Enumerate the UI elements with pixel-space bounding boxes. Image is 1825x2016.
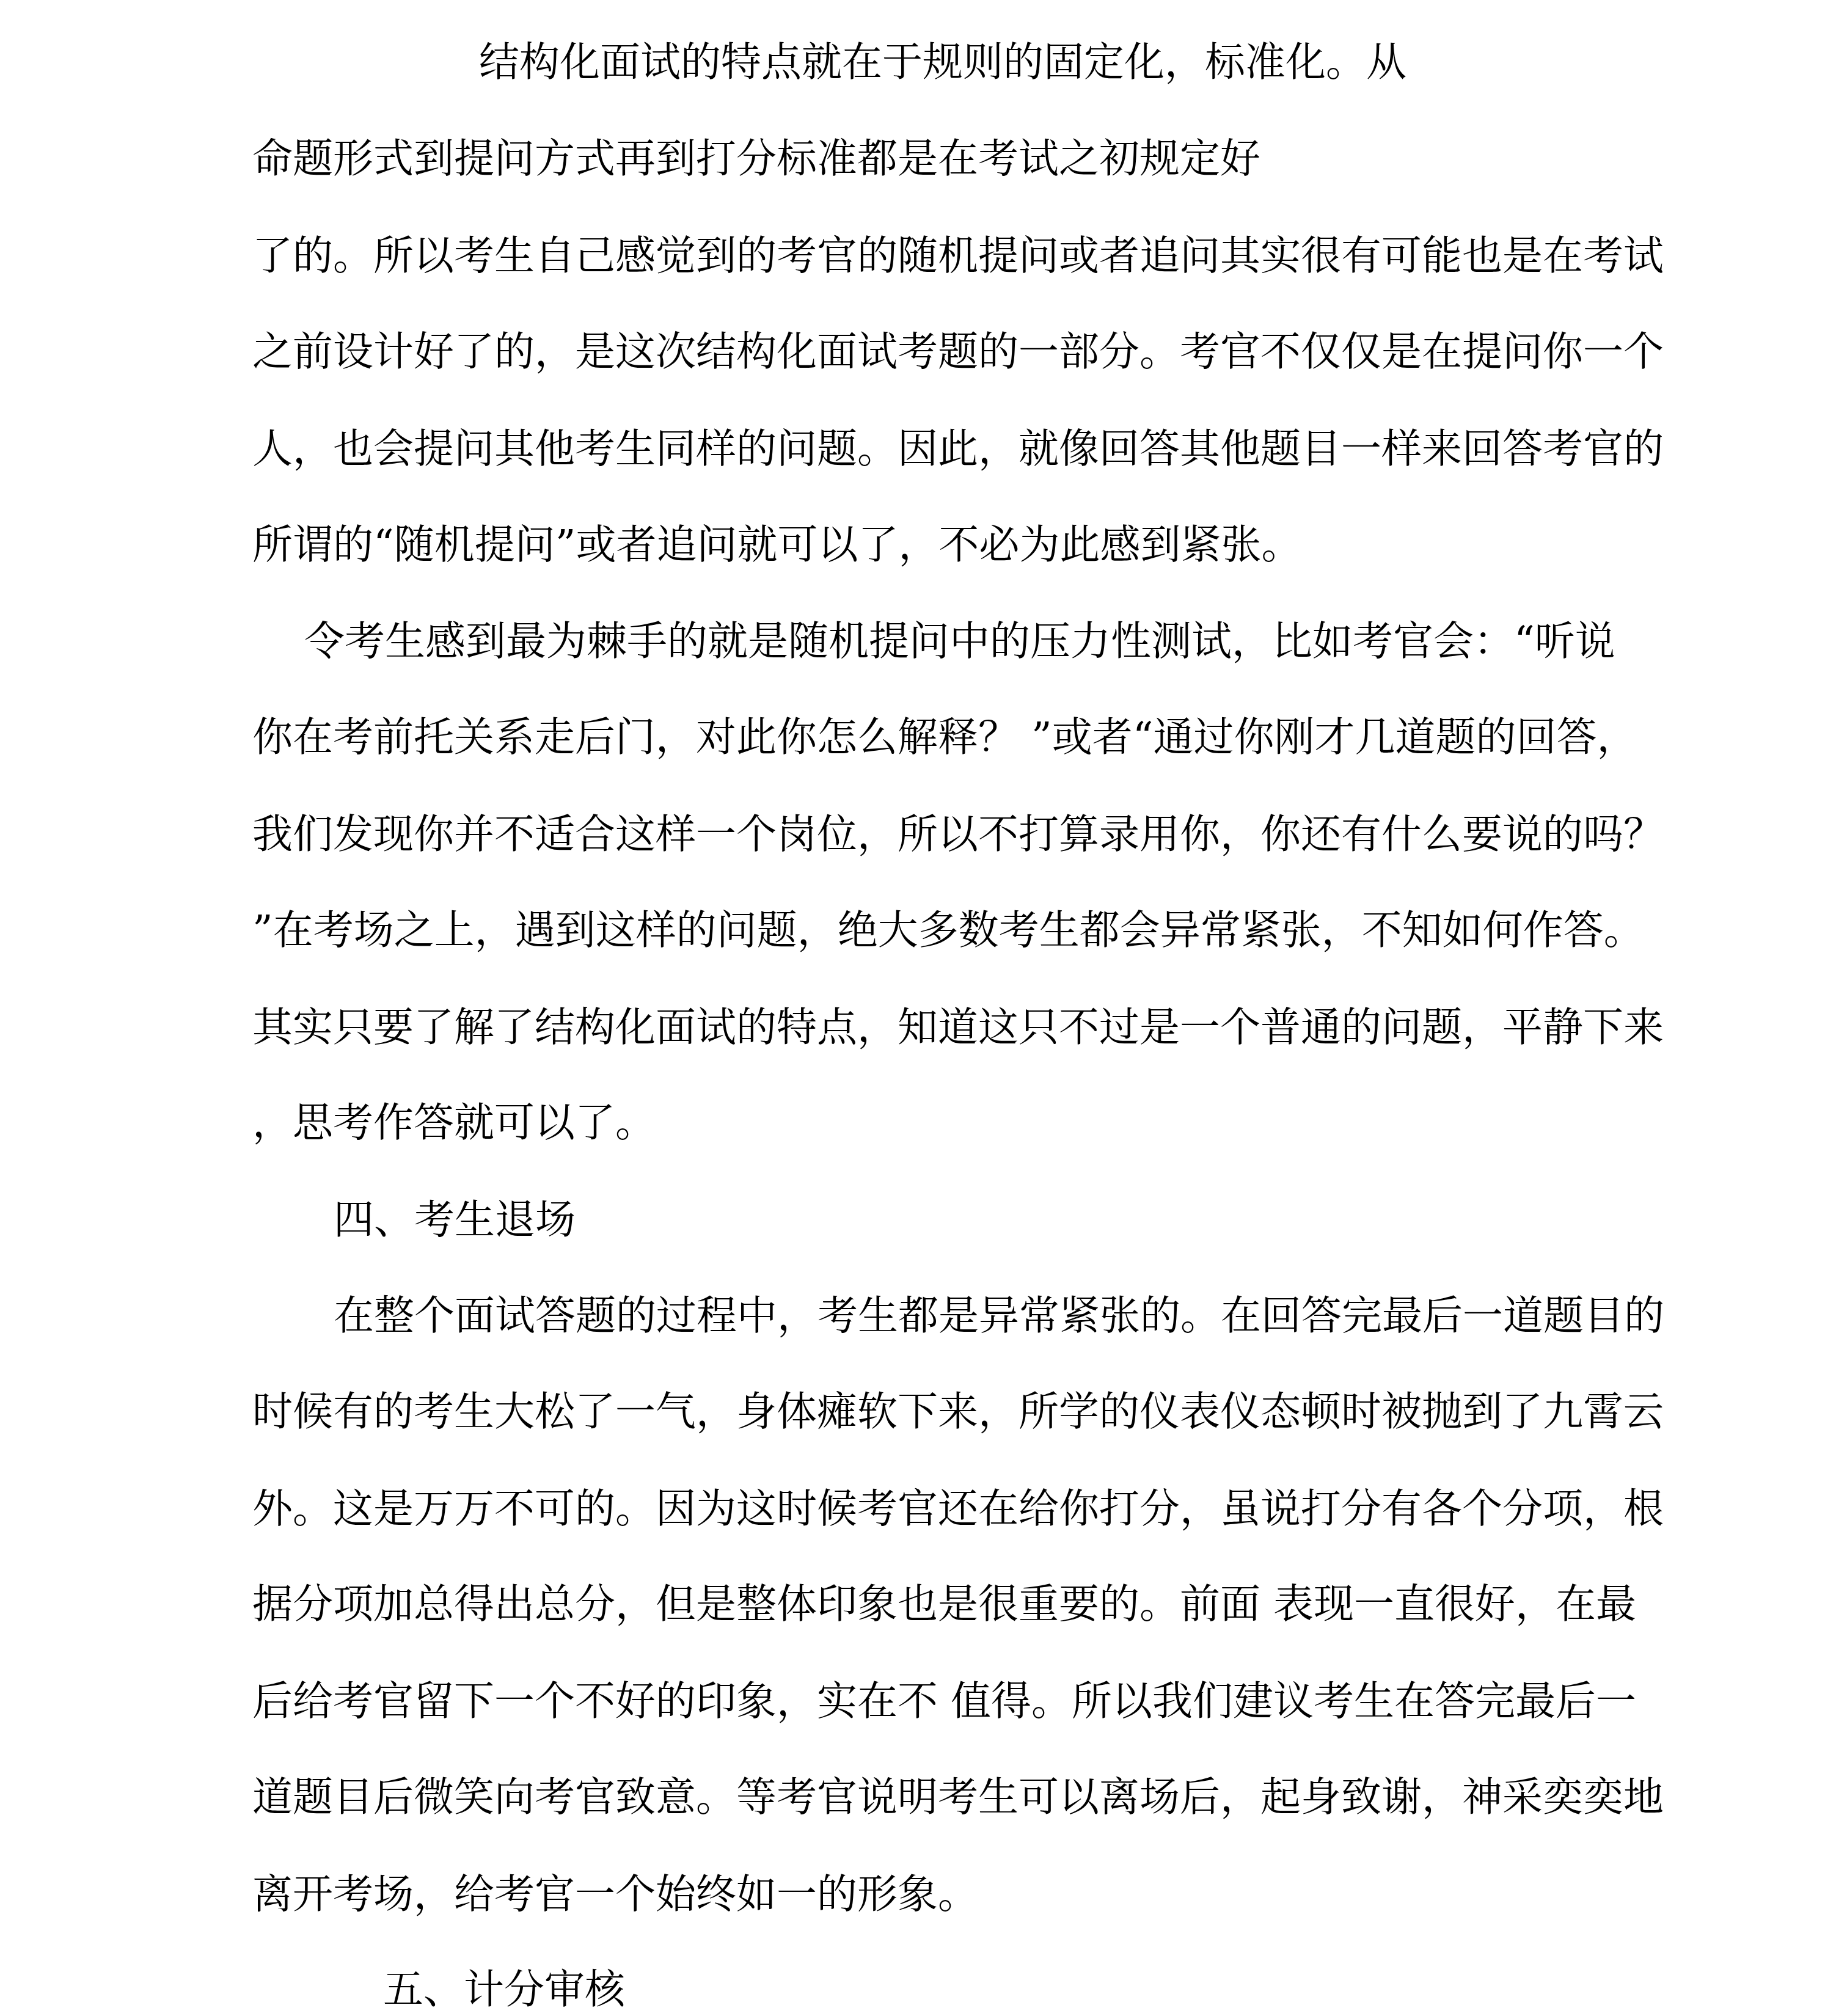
paragraph-1-line-2: 命题形式到提问方式再到打分标准都是在考试之初规定好: [252, 134, 1260, 183]
paragraph-3-line-3: 外。这是万万不可的。因为这时候考官还在给你打分，虽说打分有各个分项，根: [252, 1485, 1585, 1533]
paragraph-3-line-7: 离开考场，给考官一个始终如一的形象。: [252, 1870, 978, 1919]
paragraph-3-line-6: 道题目后微笑向考官致意。等考官说明考生可以离场后，起身致谢，神采奕奕地: [252, 1773, 1585, 1822]
paragraph-2-line-6: ，思考作答就可以了。: [252, 1098, 656, 1147]
section-heading-4: 四、考生退场: [334, 1196, 576, 1244]
paragraph-1-line-4: 之前设计好了的，是这次结构化面试考题的一部分。考官不仅仅是在提问你一个: [252, 327, 1585, 376]
paragraph-3-line-5: 后给考官留下一个不好的印象，实在不 值得。所以我们建议考生在答完最后一: [252, 1677, 1585, 1726]
document-page: 结构化面试的特点就在于规则的固定化，标准化。从 命题形式到提问方式再到打分标准都…: [0, 0, 1825, 2016]
paragraph-1-line-1: 结构化面试的特点就在于规则的固定化，标准化。从: [479, 38, 1406, 87]
paragraph-2-line-2: 你在考前托关系走后门，对此你怎么解释？ ”或者“通过你刚才几道题的回答，: [252, 713, 1585, 762]
paragraph-3-line-2: 时候有的考生大松了一气，身体瘫软下来，所学的仪表仪态顿时被抛到了九霄云: [252, 1387, 1585, 1436]
paragraph-2-line-3: 我们发现你并不适合这样一个岗位，所以不打算录用你，你还有什么要说的吗？: [252, 810, 1585, 859]
paragraph-2-line-4: ”在考场之上，遇到这样的问题，绝大多数考生都会异常紧张，不知如何作答。: [252, 906, 1585, 955]
paragraph-1-line-5: 人，也会提问其他考生同样的问题。因此，就像回答其他题目一样来回答考官的: [252, 425, 1585, 473]
paragraph-2-line-5: 其实只要了解了结构化面试的特点，知道这只不过是一个普通的问题，平静下来: [252, 1003, 1585, 1052]
paragraph-3-line-4: 据分项加总得出总分，但是整体印象也是很重要的。前面 表现一直很好，在最: [252, 1580, 1585, 1629]
section-heading-5: 五、计分审核: [383, 1965, 625, 2014]
paragraph-3-line-1: 在整个面试答题的过程中，考生都是异常紧张的。在回答完最后一道题目的: [334, 1291, 1585, 1340]
paragraph-2-line-1: 令考生感到最为棘手的就是随机提问中的压力性测试，比如考官会：“听说: [304, 617, 1585, 666]
paragraph-1-line-3: 了的。所以考生自己感觉到的考官的随机提问或者追问其实很有可能也是在考试: [252, 232, 1585, 280]
paragraph-1-line-6: 所谓的“随机提问”或者追问就可以了，不必为此感到紧张。: [252, 520, 1301, 569]
